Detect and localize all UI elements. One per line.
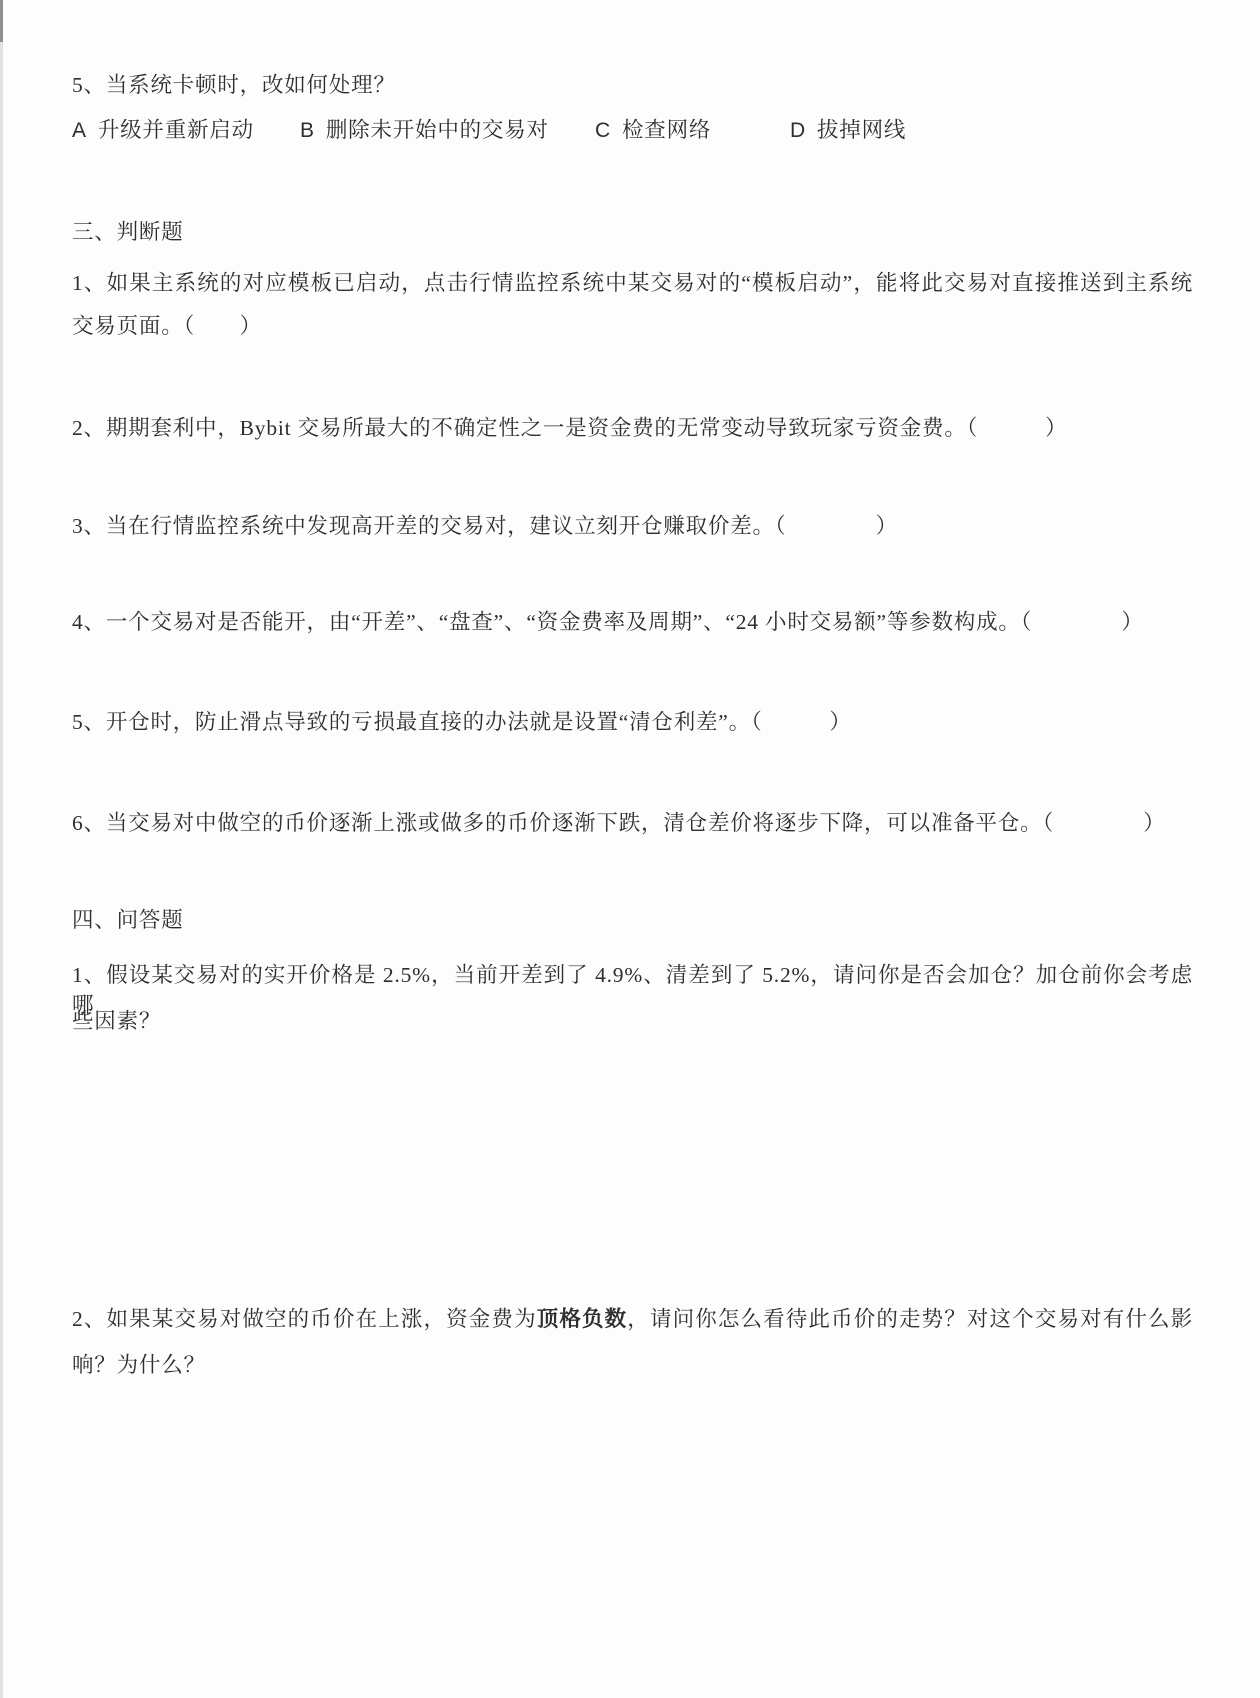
mc-option-b-text: 删除未开始中的交易对 xyxy=(326,118,549,142)
mc-option-d-label: D xyxy=(790,116,806,146)
mc-option-a-label: A xyxy=(72,116,87,146)
judgment-q2: 2、期期套利中，Bybit 交易所最大的不确定性之一是资金费的无常变动导致玩家亏… xyxy=(72,413,1193,443)
mc-option-b-label: B xyxy=(300,116,315,146)
judgment-section-title: 三、判断题 xyxy=(72,217,1193,247)
judgment-q4: 4、一个交易对是否能开，由“开差”、“盘查”、“资金费率及周期”、“24 小时交… xyxy=(72,607,1193,637)
mc-option-b: B删除未开始中的交易对 xyxy=(300,115,549,146)
judgment-q3: 3、当在行情监控系统中发现高开差的交易对，建议立刻开仓赚取价差。（ ） xyxy=(72,511,1193,541)
mc-option-c: C检查网络 xyxy=(595,115,711,146)
judgment-q1-line2: 交易页面。（ ） xyxy=(72,311,1193,341)
scan-left-edge-line xyxy=(0,0,3,1698)
mc-option-a-text: 升级并重新启动 xyxy=(98,118,254,142)
mc-option-d: D拔掉网线 xyxy=(790,115,906,146)
mc-option-d-text: 拔掉网线 xyxy=(817,118,906,142)
judgment-q1-line1: 1、如果主系统的对应模板已启动，点击行情监控系统中某交易对的“模板启动”，能将此… xyxy=(72,268,1193,298)
mc-option-c-label: C xyxy=(595,116,611,146)
mc-option-c-text: 检查网络 xyxy=(622,118,711,142)
judgment-q5: 5、开仓时，防止滑点导致的亏损最直接的办法就是设置“清仓利差”。（ ） xyxy=(72,707,1193,737)
judgment-q6: 6、当交易对中做空的币价逐渐上涨或做多的币价逐渐下跌，清仓差价将逐步下降，可以准… xyxy=(72,808,1193,838)
mc-option-a: A升级并重新启动 xyxy=(72,115,254,146)
qa-q2-line1: 2、如果某交易对做空的币价在上涨，资金费为顶格负数，请问你怎么看待此币价的走势？… xyxy=(72,1304,1193,1334)
scanned-exam-page: 5、当系统卡顿时，改如何处理？ A升级并重新启动 B删除未开始中的交易对 C检查… xyxy=(0,0,1260,1698)
qa-section-title: 四、问答题 xyxy=(72,905,1193,935)
scan-left-edge-tick xyxy=(0,0,3,42)
qa-q2-line2: 响？为什么？ xyxy=(72,1350,1193,1380)
mc-question-5-text: 5、当系统卡顿时，改如何处理？ xyxy=(72,70,1193,100)
qa-q1-line2: 些因素？ xyxy=(72,1006,1193,1036)
